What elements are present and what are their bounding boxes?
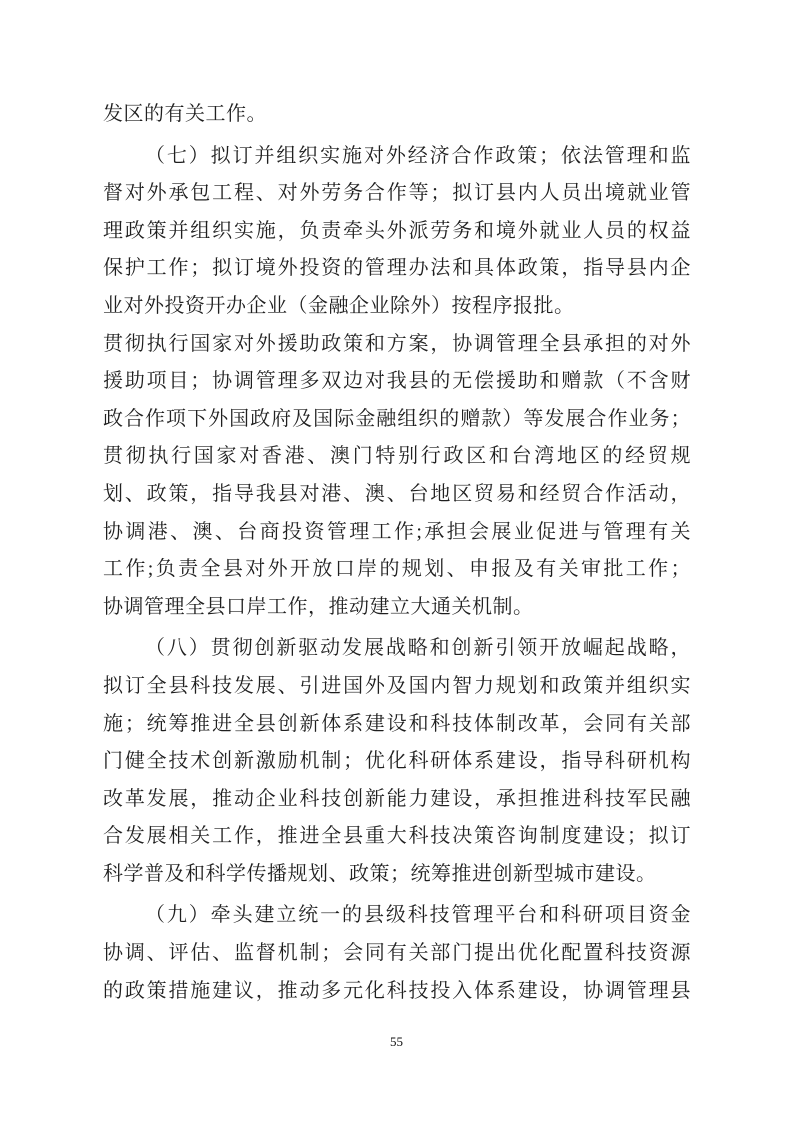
text-line: 工作;负责全县对外开放口岸的规划、申报及有关审批工作； [103, 551, 691, 589]
text-line: 督对外承包工程、对外劳务合作等；拟订县内人员出境就业管 [103, 175, 691, 213]
page-number: 55 [390, 1034, 403, 1050]
text-line: （九）牵头建立统一的县级科技管理平台和科研项目资金 [103, 897, 691, 935]
text-line: 保护工作；拟订境外投资的管理办法和具体政策，指导县内企 [103, 250, 691, 288]
text-line: 的政策措施建议，推动多元化科技投入体系建设，协调管理县 [103, 973, 691, 1011]
paragraph: （七）拟订并组织实施对外经济合作政策；依法管理和监督对外承包工程、对外劳务合作等… [103, 138, 691, 326]
text-line: 贯彻执行国家对外援助政策和方案，协调管理全县承担的对外 [103, 326, 691, 364]
text-line: 协调、评估、监督机制；会同有关部门提出优化配置科技资源 [103, 935, 691, 973]
text-line: 划、政策，指导我县对港、澳、台地区贸易和经贸合作活动， [103, 476, 691, 514]
text-line: 门健全技术创新激励机制；优化科研体系建设，指导科研机构 [103, 743, 691, 781]
text-line: 科学普及和科学传播规划、政策；统筹推进创新型城市建设。 [103, 856, 691, 894]
document-body: 发区的有关工作。（七）拟订并组织实施对外经济合作政策；依法管理和监督对外承包工程… [103, 96, 691, 1010]
paragraph: （九）牵头建立统一的县级科技管理平台和科研项目资金协调、评估、监督机制；会同有关… [103, 897, 691, 1010]
text-line: 发区的有关工作。 [103, 96, 691, 134]
text-line: 拟订全县科技发展、引进国外及国内智力规划和政策并组织实 [103, 668, 691, 706]
text-line: 贯彻执行国家对香港、澳门特别行政区和台湾地区的经贸规 [103, 438, 691, 476]
text-line: 改革发展，推动企业科技创新能力建设，承担推进科技军民融 [103, 781, 691, 819]
text-line: 理政策并组织实施，负责牵头外派劳务和境外就业人员的权益 [103, 213, 691, 251]
text-line: 援助项目；协调管理多双边对我县的无偿援助和赠款（不含财 [103, 363, 691, 401]
paragraph: （八）贯彻创新驱动发展战略和创新引领开放崛起战略，拟订全县科技发展、引进国外及国… [103, 630, 691, 893]
text-line: （八）贯彻创新驱动发展战略和创新引领开放崛起战略， [103, 630, 691, 668]
paragraph: 贯彻执行国家对外援助政策和方案，协调管理全县承担的对外援助项目；协调管理多双边对… [103, 326, 691, 627]
text-line: 协调港、澳、台商投资管理工作;承担会展业促进与管理有关 [103, 514, 691, 552]
text-line: 业对外投资开办企业（金融企业除外）按程序报批。 [103, 288, 691, 326]
text-line: 政合作项下外国政府及国际金融组织的赠款）等发展合作业务； [103, 401, 691, 439]
paragraph: 发区的有关工作。 [103, 96, 691, 134]
text-line: 协调管理全县口岸工作，推动建立大通关机制。 [103, 589, 691, 627]
text-line: 合发展相关工作，推进全县重大科技决策咨询制度建设；拟订 [103, 818, 691, 856]
page-footer: 55 [0, 1033, 793, 1051]
text-line: （七）拟订并组织实施对外经济合作政策；依法管理和监 [103, 138, 691, 176]
document-page: 发区的有关工作。（七）拟订并组织实施对外经济合作政策；依法管理和监督对外承包工程… [0, 0, 793, 1122]
text-line: 施；统筹推进全县创新体系建设和科技体制改革，会同有关部 [103, 706, 691, 744]
